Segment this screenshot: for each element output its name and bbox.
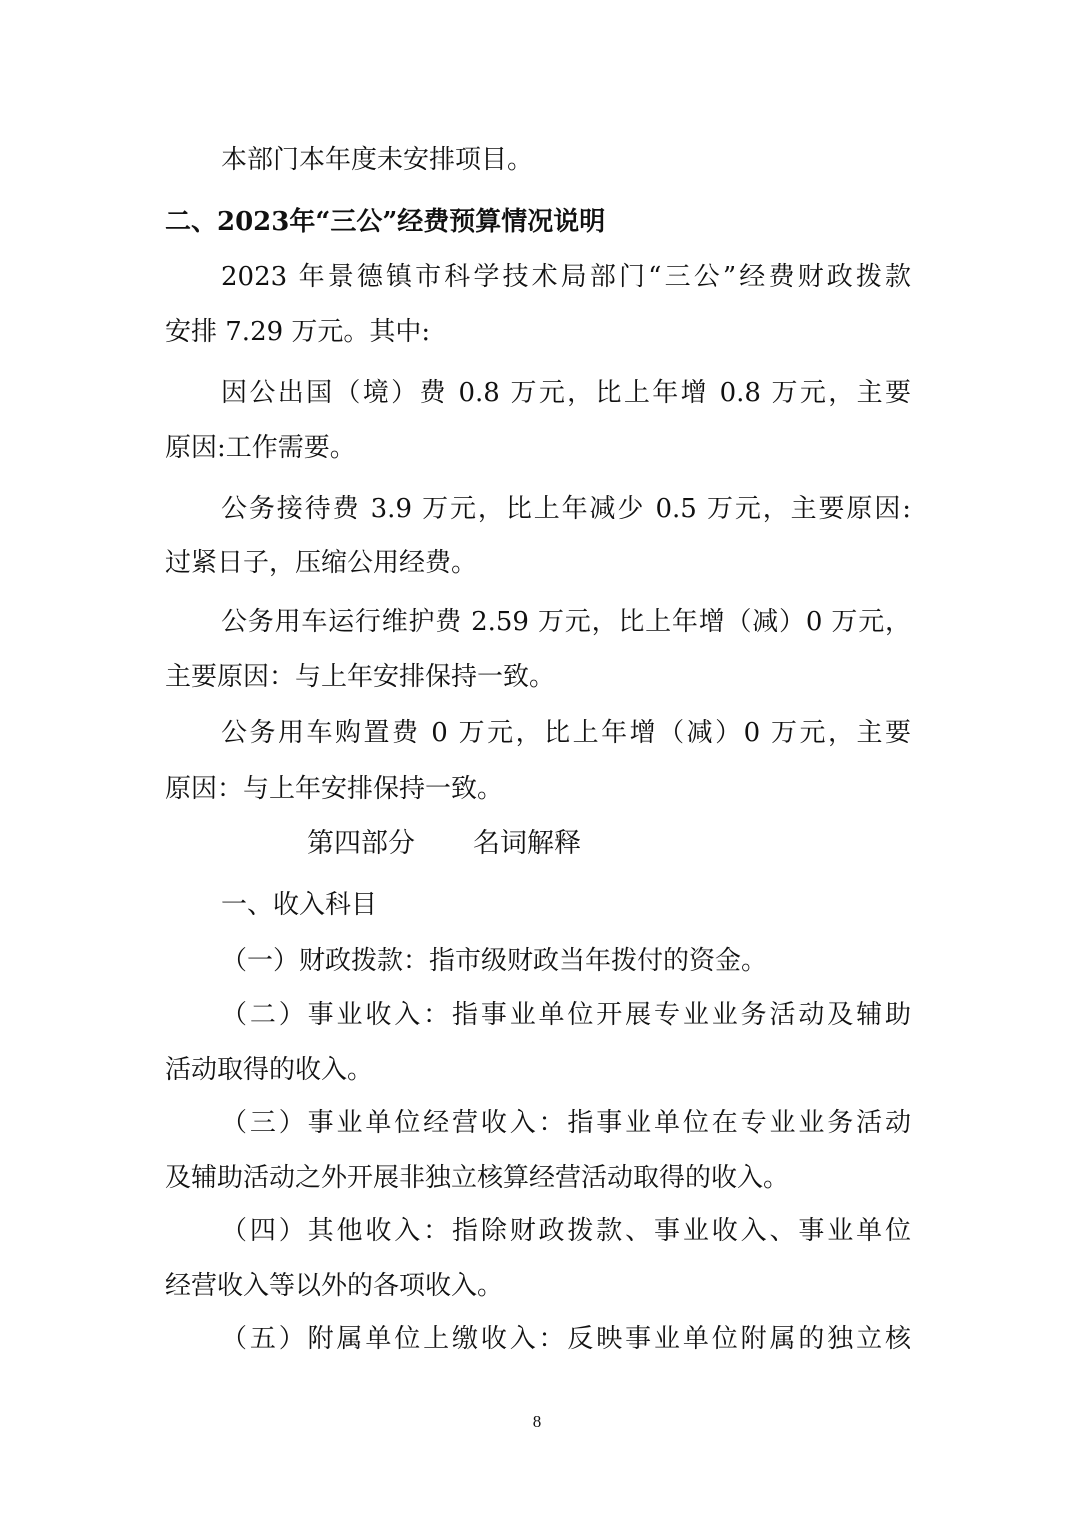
paragraph-vehicle-maintenance-line-1: 公务用车运行维护费 2.59 万元，比上年增（减）0 万元， [221, 605, 911, 639]
paragraph-vehicle-maintenance-line-2: 主要原因：与上年安排保持一致。 [165, 660, 911, 694]
paragraph-total-allocation-line-1: 2023 年景德镇市科学技术局部门“三公”经费财政拨款 [221, 260, 911, 294]
definition-business-income-line-1: （二）事业收入：指事业单位开展专业业务活动及辅助 [221, 998, 911, 1032]
definition-other-income-line-2: 经营收入等以外的各项收入。 [165, 1269, 911, 1303]
paragraph-reception-line-2: 过紧日子，压缩公用经费。 [165, 546, 911, 580]
page-number: 8 [0, 1412, 1074, 1432]
definition-operating-income-line-2: 及辅助活动之外开展非独立核算经营活动取得的收入。 [165, 1161, 911, 1195]
paragraph-no-projects: 本部门本年度未安排项目。 [221, 143, 911, 177]
paragraph-overseas-travel-line-2: 原因:工作需要。 [165, 431, 911, 465]
definition-fiscal-appropriation: （一）财政拨款：指市级财政当年拨付的资金。 [221, 944, 911, 978]
paragraph-vehicle-purchase-line-1: 公务用车购置费 0 万元，比上年增（减）0 万元，主要 [221, 716, 911, 750]
section-heading-three-public-expenses: 二、2023年“三公”经费预算情况说明 [165, 205, 911, 239]
paragraph-total-allocation-line-2: 安排 7.29 万元。其中: [165, 315, 911, 349]
definition-other-income-line-1: （四）其他收入：指除财政拨款、事业收入、事业单位 [221, 1214, 911, 1248]
part-label: 第四部分 [307, 828, 415, 859]
paragraph-reception-line-1: 公务接待费 3.9 万元，比上年减少 0.5 万元，主要原因: [221, 492, 911, 526]
definition-operating-income-line-1: （三）事业单位经营收入：指事业单位在专业业务活动 [221, 1106, 911, 1140]
paragraph-vehicle-purchase-line-2: 原因：与上年安排保持一致。 [165, 772, 911, 806]
paragraph-overseas-travel-line-1: 因公出国（境）费 0.8 万元，比上年增 0.8 万元，主要 [221, 376, 911, 410]
part-name: 名词解释 [473, 828, 581, 859]
definition-business-income-line-2: 活动取得的收入。 [165, 1053, 911, 1087]
subheading-income-items: 一、收入科目 [221, 888, 911, 922]
definition-subsidiary-income-line-1: （五）附属单位上缴收入：反映事业单位附属的独立核 [221, 1322, 911, 1356]
part-four-title: 第四部分名词解释 [307, 827, 581, 861]
document-page: 本部门本年度未安排项目。 二、2023年“三公”经费预算情况说明 2023 年景… [0, 0, 1074, 1520]
